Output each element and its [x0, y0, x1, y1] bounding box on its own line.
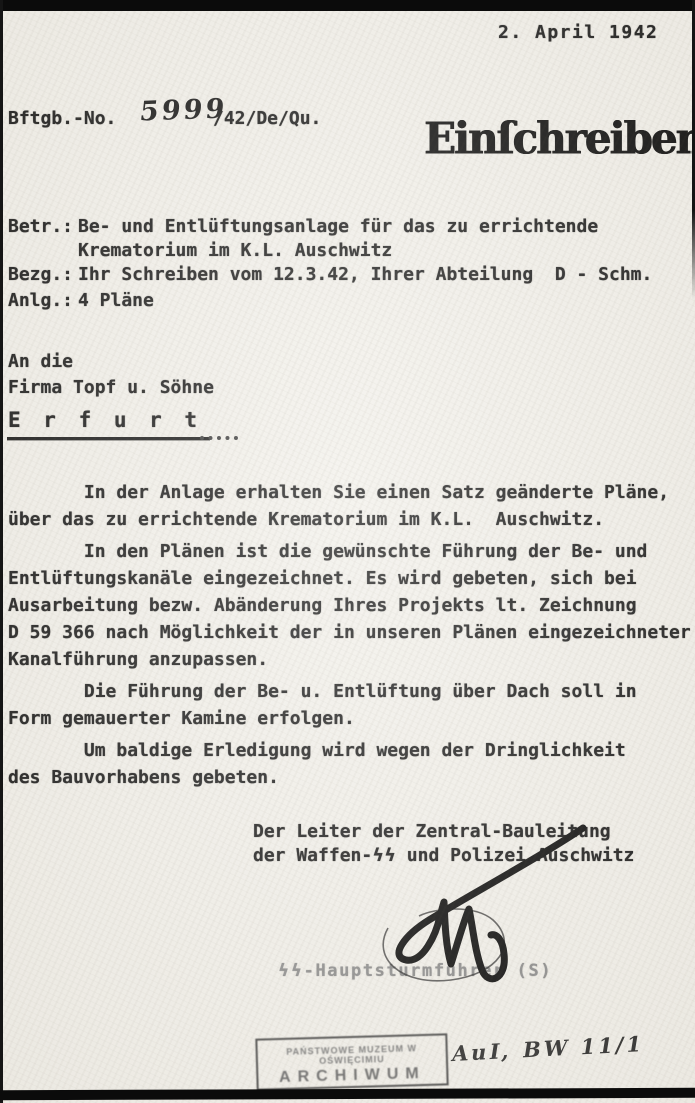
body-paragraph-2: In den Plänen ist die gewünschte Führung… — [8, 538, 695, 673]
recipient-salutation: An die — [8, 351, 73, 372]
reference-letter-row: Bezg.: Ihr Schreiben vom 12.3.42, Ihrer … — [8, 263, 652, 287]
archive-annotation-handwritten: AuI, BW 11/1 — [450, 1031, 646, 1066]
subject-text: Be- und Entlüftungsanlage für das zu err… — [78, 215, 598, 263]
city-underline — [7, 437, 210, 440]
reference-suffix: /42/De/Qu. — [213, 108, 321, 129]
subject-row: Betr.: Be- und Entlüftungsanlage für das… — [8, 215, 598, 263]
enclosures-row: Anlg.: 4 Pläne — [8, 289, 154, 313]
subject-label: Betr.: — [8, 215, 78, 263]
reference-letter-label: Bezg.: — [8, 263, 78, 287]
photo-border-top — [0, 0, 695, 11]
ss-rune-title: ϟϟ — [278, 961, 304, 981]
letter-date: 2. April 1942 — [498, 22, 658, 43]
reference-label: Bftgb.-No. — [8, 108, 116, 129]
archive-stamp-museum-name: PAŃSTWOWE MUZEUM W OŚWIĘCIMIU — [258, 1042, 446, 1067]
recipient-name: Firma Topf u. Söhne — [8, 377, 214, 398]
body-paragraph-1: In der Anlage erhalten Sie einen Satz ge… — [8, 479, 695, 533]
handwritten-signature — [333, 816, 593, 991]
enclosures-label: Anlg.: — [8, 289, 78, 313]
city-underline-tail — [200, 436, 238, 440]
body-paragraph-4: Um baldige Erledigung wird wegen der Dri… — [8, 737, 695, 791]
reference-letter-text: Ihr Schreiben vom 12.3.42, Ihrer Abteilu… — [78, 263, 652, 287]
recipient-city: E r f u r t — [8, 408, 202, 432]
photo-border-left — [0, 0, 3, 1103]
body-paragraph-3: Die Führung der Be- u. Entlüftung über D… — [8, 678, 695, 732]
archive-stamp-archive-label: ARCHIWUM — [258, 1064, 446, 1087]
enclosures-text: 4 Pläne — [78, 289, 154, 313]
archive-stamp: PAŃSTWOWE MUZEUM W OŚWIĘCIMIU ARCHIWUM — [255, 1033, 448, 1090]
letter-page: 2. April 1942 Bftgb.-No. 5999 /42/De/Qu.… — [0, 0, 695, 1103]
registered-mail-mark: Einſchreiben — [424, 113, 695, 164]
letter-body: In der Anlage erhalten Sie einen Satz ge… — [8, 479, 695, 796]
photo-border-bottom — [0, 1088, 695, 1100]
